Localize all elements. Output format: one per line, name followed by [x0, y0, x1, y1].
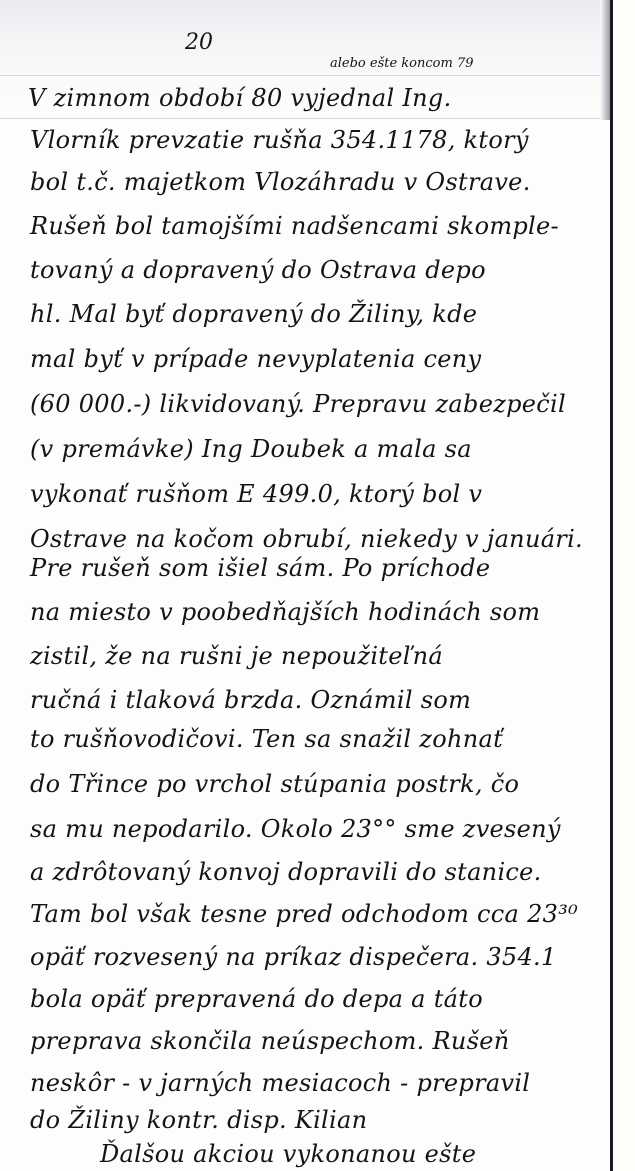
text-line: Ďalšou akciou vykonanou ešte	[100, 1140, 476, 1168]
text-line: bola opäť prepravená do depa a táto	[30, 985, 483, 1013]
text-line: tovaný a dopravený do Ostrava depo	[30, 256, 486, 284]
text-line: preprava skončila neúspechom. Rušeň	[30, 1027, 510, 1055]
text-line: Tam bol však tesne pred odchodom cca 23³…	[30, 900, 578, 928]
text-line: Vlorník prevzatie rušňa 354.1178, ktorý	[30, 126, 529, 154]
text-line: bol t.č. majetkom Vlozáhradu v Ostrave.	[30, 168, 531, 196]
faint-ruled-line	[0, 118, 612, 119]
text-line: mal byť v prípade nevyplatenia ceny	[30, 345, 481, 373]
text-line: opäť rozvesený na príkaz dispečera. 354.…	[30, 943, 557, 971]
binding-shadow	[600, 0, 610, 120]
text-line: to rušňovodičovi. Ten sa snažil zohnať	[30, 725, 503, 753]
text-line: (v premávke) Ing Doubek a mala sa	[30, 435, 472, 463]
text-line: V zimnom období 80 vyjednal Ing.	[28, 84, 452, 112]
text-line: a zdrôtovaný konvoj dopravili do stanice…	[30, 858, 542, 886]
text-line: do Žiliny kontr. disp. Kilian	[30, 1106, 367, 1134]
text-line: zistil, že na rušni je nepoužiteľná	[30, 642, 443, 670]
text-line: Pre rušeň som išiel sám. Po príchode	[30, 554, 490, 582]
text-line: neskôr - v jarných mesiacoch - prepravil	[30, 1069, 530, 1097]
text-line: ručná i tlaková brzda. Oznámil som	[30, 686, 471, 714]
text-line: na miesto v poobedňajších hodinách som	[30, 598, 540, 626]
text-line: (60 000.-) likvidovaný. Prepravu zabezpe…	[30, 390, 566, 418]
text-line: hl. Mal byť dopravený do Žiliny, kde	[30, 300, 477, 328]
text-line: Rušeň bol tamojšími nadšencami skomple-	[30, 212, 559, 240]
page-margin	[613, 0, 635, 1171]
text-line: vykonať rušňom E 499.0, ktorý bol v	[30, 480, 482, 508]
text-line: do Třince po vrchol stúpania postrk, čo	[30, 770, 519, 798]
scanned-page: 20 alebo ešte koncom 79 V zimnom období …	[0, 0, 612, 1171]
page-number: 20	[185, 30, 213, 55]
faint-ruled-line	[0, 75, 612, 76]
margin-annotation: alebo ešte koncom 79	[330, 56, 473, 71]
text-line: Ostrave na kočom obrubí, niekedy v januá…	[30, 525, 583, 553]
text-line: sa mu nepodarilo. Okolo 23°° sme zvesený	[30, 815, 561, 843]
